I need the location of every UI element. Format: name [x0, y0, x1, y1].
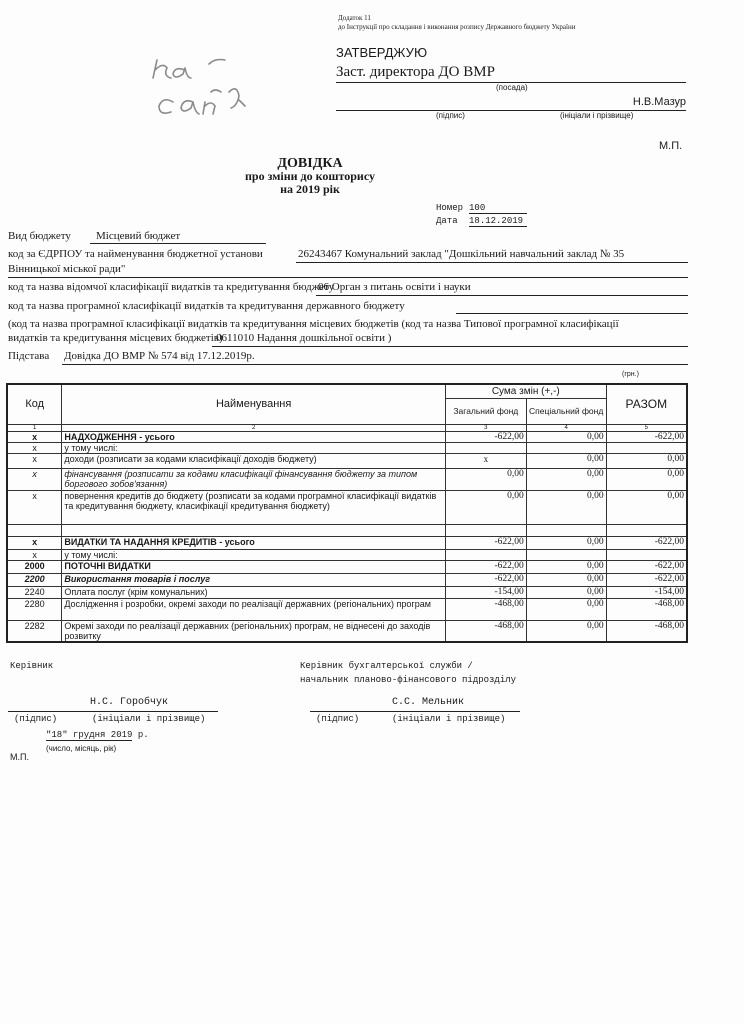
approval-initials-caption: (ініціали і прізвище) [560, 111, 633, 120]
appendix-note: Додаток 11 до Інструкції про складання і… [338, 14, 575, 32]
row-name: ВИДАТКИ ТА НАДАННЯ КРЕДИТІВ - усього [62, 536, 446, 549]
row-general-fund: -154,00 [445, 586, 526, 598]
stamp-place-bottom: М.П. [10, 752, 29, 762]
row-name: Використання товарів і послуг [62, 573, 446, 586]
stamp-place-top: М.П. [659, 140, 682, 152]
row-code: х [7, 431, 62, 442]
row-total [606, 549, 687, 560]
row-code: 2240 [7, 586, 62, 598]
local-program-value: 0611010 Надання дошкільної освіти ) [216, 332, 391, 344]
accountant-initials-caption: (ініціали і прізвище) [392, 714, 505, 724]
head-sign-line [8, 711, 218, 712]
accountant-sign-line [310, 711, 520, 712]
row-total: -154,00 [606, 586, 687, 598]
accountant-label-1: Керівник бухгалтерської служби / [300, 661, 473, 671]
row-special-fund: 0,00 [526, 620, 606, 642]
budget-type-value: Місцевий бюджет [96, 230, 180, 242]
doc-number-value: 100 [469, 203, 527, 214]
head-name: Н.С. Горобчук [90, 697, 168, 708]
row-special-fund: 0,00 [526, 468, 606, 490]
row-name: у тому числі: [62, 442, 446, 453]
row-name: фінансування (розписати за кодами класиф… [62, 468, 446, 490]
edrpou-value-line-1: 26243467 Комунальний заклад "Дошкільний … [298, 248, 624, 260]
row-name: доходи (розписати за кодами класифікації… [62, 453, 446, 468]
sign-date-suffix: р. [138, 730, 149, 740]
index-4: 4 [526, 424, 606, 431]
edrpou-underline-1 [296, 262, 688, 263]
approval-name: Н.В.Мазур [336, 96, 686, 111]
row-code: х [7, 442, 62, 453]
row-general-fund: х [445, 453, 526, 468]
row-total [606, 442, 687, 453]
row-general-fund: -622,00 [445, 560, 526, 573]
table-row: ху тому числі: [7, 549, 687, 560]
currency-note: (грн.) [622, 371, 639, 378]
row-total: -622,00 [606, 573, 687, 586]
sign-date-value: "18" грудня 2019 [46, 730, 132, 741]
head-initials-caption: (ініціали і прізвище) [92, 714, 205, 724]
row-general-fund: -622,00 [445, 536, 526, 549]
department-value: 06 Орган з питань освіти і науки [318, 281, 471, 293]
index-1: 1 [7, 424, 62, 431]
head-label: Керівник [10, 661, 53, 671]
table-row: хВИДАТКИ ТА НАДАННЯ КРЕДИТІВ - усього-62… [7, 536, 687, 549]
row-name [62, 524, 446, 536]
doc-date-row: Дата 18.12.2019 [436, 216, 527, 227]
budget-type-label: Вид бюджету [8, 230, 71, 242]
row-name: Оплата послуг (крім комунальних) [62, 586, 446, 598]
local-program-label-2: видатків та кредитування місцевих бюджет… [8, 332, 223, 344]
header-total: РАЗОМ [606, 384, 687, 424]
row-code: 2282 [7, 620, 62, 642]
table-row: хфінансування (розписати за кодами класи… [7, 468, 687, 490]
department-label: код та назва відомчої класифікації видат… [8, 281, 334, 293]
appendix-line-1: Додаток 11 [338, 14, 575, 23]
row-code: 2280 [7, 598, 62, 620]
appendix-line-2: до Інструкції про складання і виконання … [338, 23, 575, 32]
row-special-fund: 0,00 [526, 536, 606, 549]
row-total [606, 524, 687, 536]
index-5: 5 [606, 424, 687, 431]
table-row: 2282Окремі заходи по реалізації державни… [7, 620, 687, 642]
accountant-signature-caption: (підпис) [316, 714, 359, 724]
handwritten-note [145, 48, 295, 123]
row-special-fund [526, 549, 606, 560]
row-name: у тому числі: [62, 549, 446, 560]
header-code: Код [7, 384, 62, 424]
row-special-fund: 0,00 [526, 560, 606, 573]
row-general-fund: 0,00 [445, 490, 526, 524]
edrpou-underline-2 [8, 277, 688, 278]
changes-table: Код Найменування Сума змін (+,-) РАЗОМ З… [6, 383, 688, 643]
header-special-fund: Спеціальний фонд [526, 398, 606, 424]
local-program-underline [212, 346, 688, 347]
row-name: Дослідження і розробки, окремі заходи по… [62, 598, 446, 620]
row-special-fund: 0,00 [526, 573, 606, 586]
row-general-fund [445, 442, 526, 453]
row-total: -622,00 [606, 536, 687, 549]
row-total: 0,00 [606, 490, 687, 524]
row-total: -468,00 [606, 598, 687, 620]
row-general-fund: -622,00 [445, 573, 526, 586]
row-total: -622,00 [606, 431, 687, 442]
row-code: х [7, 549, 62, 560]
doc-date-value: 18.12.2019 [469, 216, 527, 227]
row-special-fund [526, 442, 606, 453]
row-general-fund: 0,00 [445, 468, 526, 490]
row-special-fund [526, 524, 606, 536]
table-row [7, 524, 687, 536]
row-code: х [7, 490, 62, 524]
row-general-fund: -622,00 [445, 431, 526, 442]
row-total: -622,00 [606, 560, 687, 573]
row-code: 2000 [7, 560, 62, 573]
row-general-fund [445, 524, 526, 536]
row-code: х [7, 468, 62, 490]
table-row: хповернення кредитів до бюджету (розписа… [7, 490, 687, 524]
row-code: 2200 [7, 573, 62, 586]
accountant-label-2: начальник планово-фінансового підрозділу [300, 675, 516, 685]
edrpou-label: код за ЄДРПОУ та найменування бюджетної … [8, 248, 263, 260]
table-row: 2280Дослідження і розробки, окремі заход… [7, 598, 687, 620]
header-general-fund: Загальний фонд [445, 398, 526, 424]
row-special-fund: 0,00 [526, 490, 606, 524]
row-name: Окремі заходи по реалізації державних (р… [62, 620, 446, 642]
row-name: повернення кредитів до бюджету (розписат… [62, 490, 446, 524]
row-total: -468,00 [606, 620, 687, 642]
row-total: 0,00 [606, 453, 687, 468]
index-3: 3 [445, 424, 526, 431]
local-program-label-1: (код та назва програмної класифікації ви… [8, 318, 619, 330]
basis-label: Підстава [8, 350, 49, 362]
sign-date: "18" грудня 2019 р. [46, 730, 149, 740]
row-name: НАДХОДЖЕННЯ - усього [62, 431, 446, 442]
row-general-fund: -468,00 [445, 598, 526, 620]
row-code [7, 524, 62, 536]
row-general-fund [445, 549, 526, 560]
column-index-row: 1 2 3 4 5 [7, 424, 687, 431]
state-program-underline [456, 313, 688, 314]
edrpou-value-line-2: Вінницької міської ради" [8, 263, 125, 275]
table-row: 2240Оплата послуг (крім комунальних)-154… [7, 586, 687, 598]
accountant-name: С.С. Мельник [392, 697, 464, 708]
approval-position: Заст. директора ДО ВМР [336, 64, 686, 83]
row-special-fund: 0,00 [526, 598, 606, 620]
basis-value: Довідка ДО ВМР № 574 від 17.12.2019р. [64, 350, 255, 362]
department-underline [316, 295, 688, 296]
title-line-3: на 2019 рік [230, 183, 390, 196]
row-total: 0,00 [606, 468, 687, 490]
doc-number-label: Номер [436, 203, 463, 213]
basis-underline [62, 364, 688, 365]
row-code: х [7, 453, 62, 468]
budget-type-underline [90, 243, 266, 244]
doc-date-label: Дата [436, 216, 458, 226]
header-name: Найменування [62, 384, 446, 424]
table-row: 2200Використання товарів і послуг-622,00… [7, 573, 687, 586]
row-name: ПОТОЧНІ ВИДАТКИ [62, 560, 446, 573]
row-special-fund: 0,00 [526, 431, 606, 442]
state-program-label: код та назва програмної класифікації вид… [8, 300, 405, 312]
table-row: 2000ПОТОЧНІ ВИДАТКИ-622,000,00-622,00 [7, 560, 687, 573]
table-row: хНАДХОДЖЕННЯ - усього-622,000,00-622,00 [7, 431, 687, 442]
sign-date-caption: (число, місяць, рік) [46, 744, 116, 753]
head-signature-caption: (підпис) [14, 714, 57, 724]
row-special-fund: 0,00 [526, 453, 606, 468]
table-row: хдоходи (розписати за кодами класифікаці… [7, 453, 687, 468]
approval-signature-caption: (підпис) [436, 111, 465, 120]
approval-position-caption: (посада) [496, 83, 528, 92]
header-sum-changes: Сума змін (+,-) [445, 384, 606, 398]
index-2: 2 [62, 424, 446, 431]
approval-heading: ЗАТВЕРДЖУЮ [336, 45, 427, 60]
table-row: ху тому числі: [7, 442, 687, 453]
doc-number-row: Номер100 [436, 203, 527, 214]
document-title: ДОВІДКА про зміни до кошторису на 2019 р… [230, 157, 390, 196]
row-general-fund: -468,00 [445, 620, 526, 642]
row-code: х [7, 536, 62, 549]
row-special-fund: 0,00 [526, 586, 606, 598]
